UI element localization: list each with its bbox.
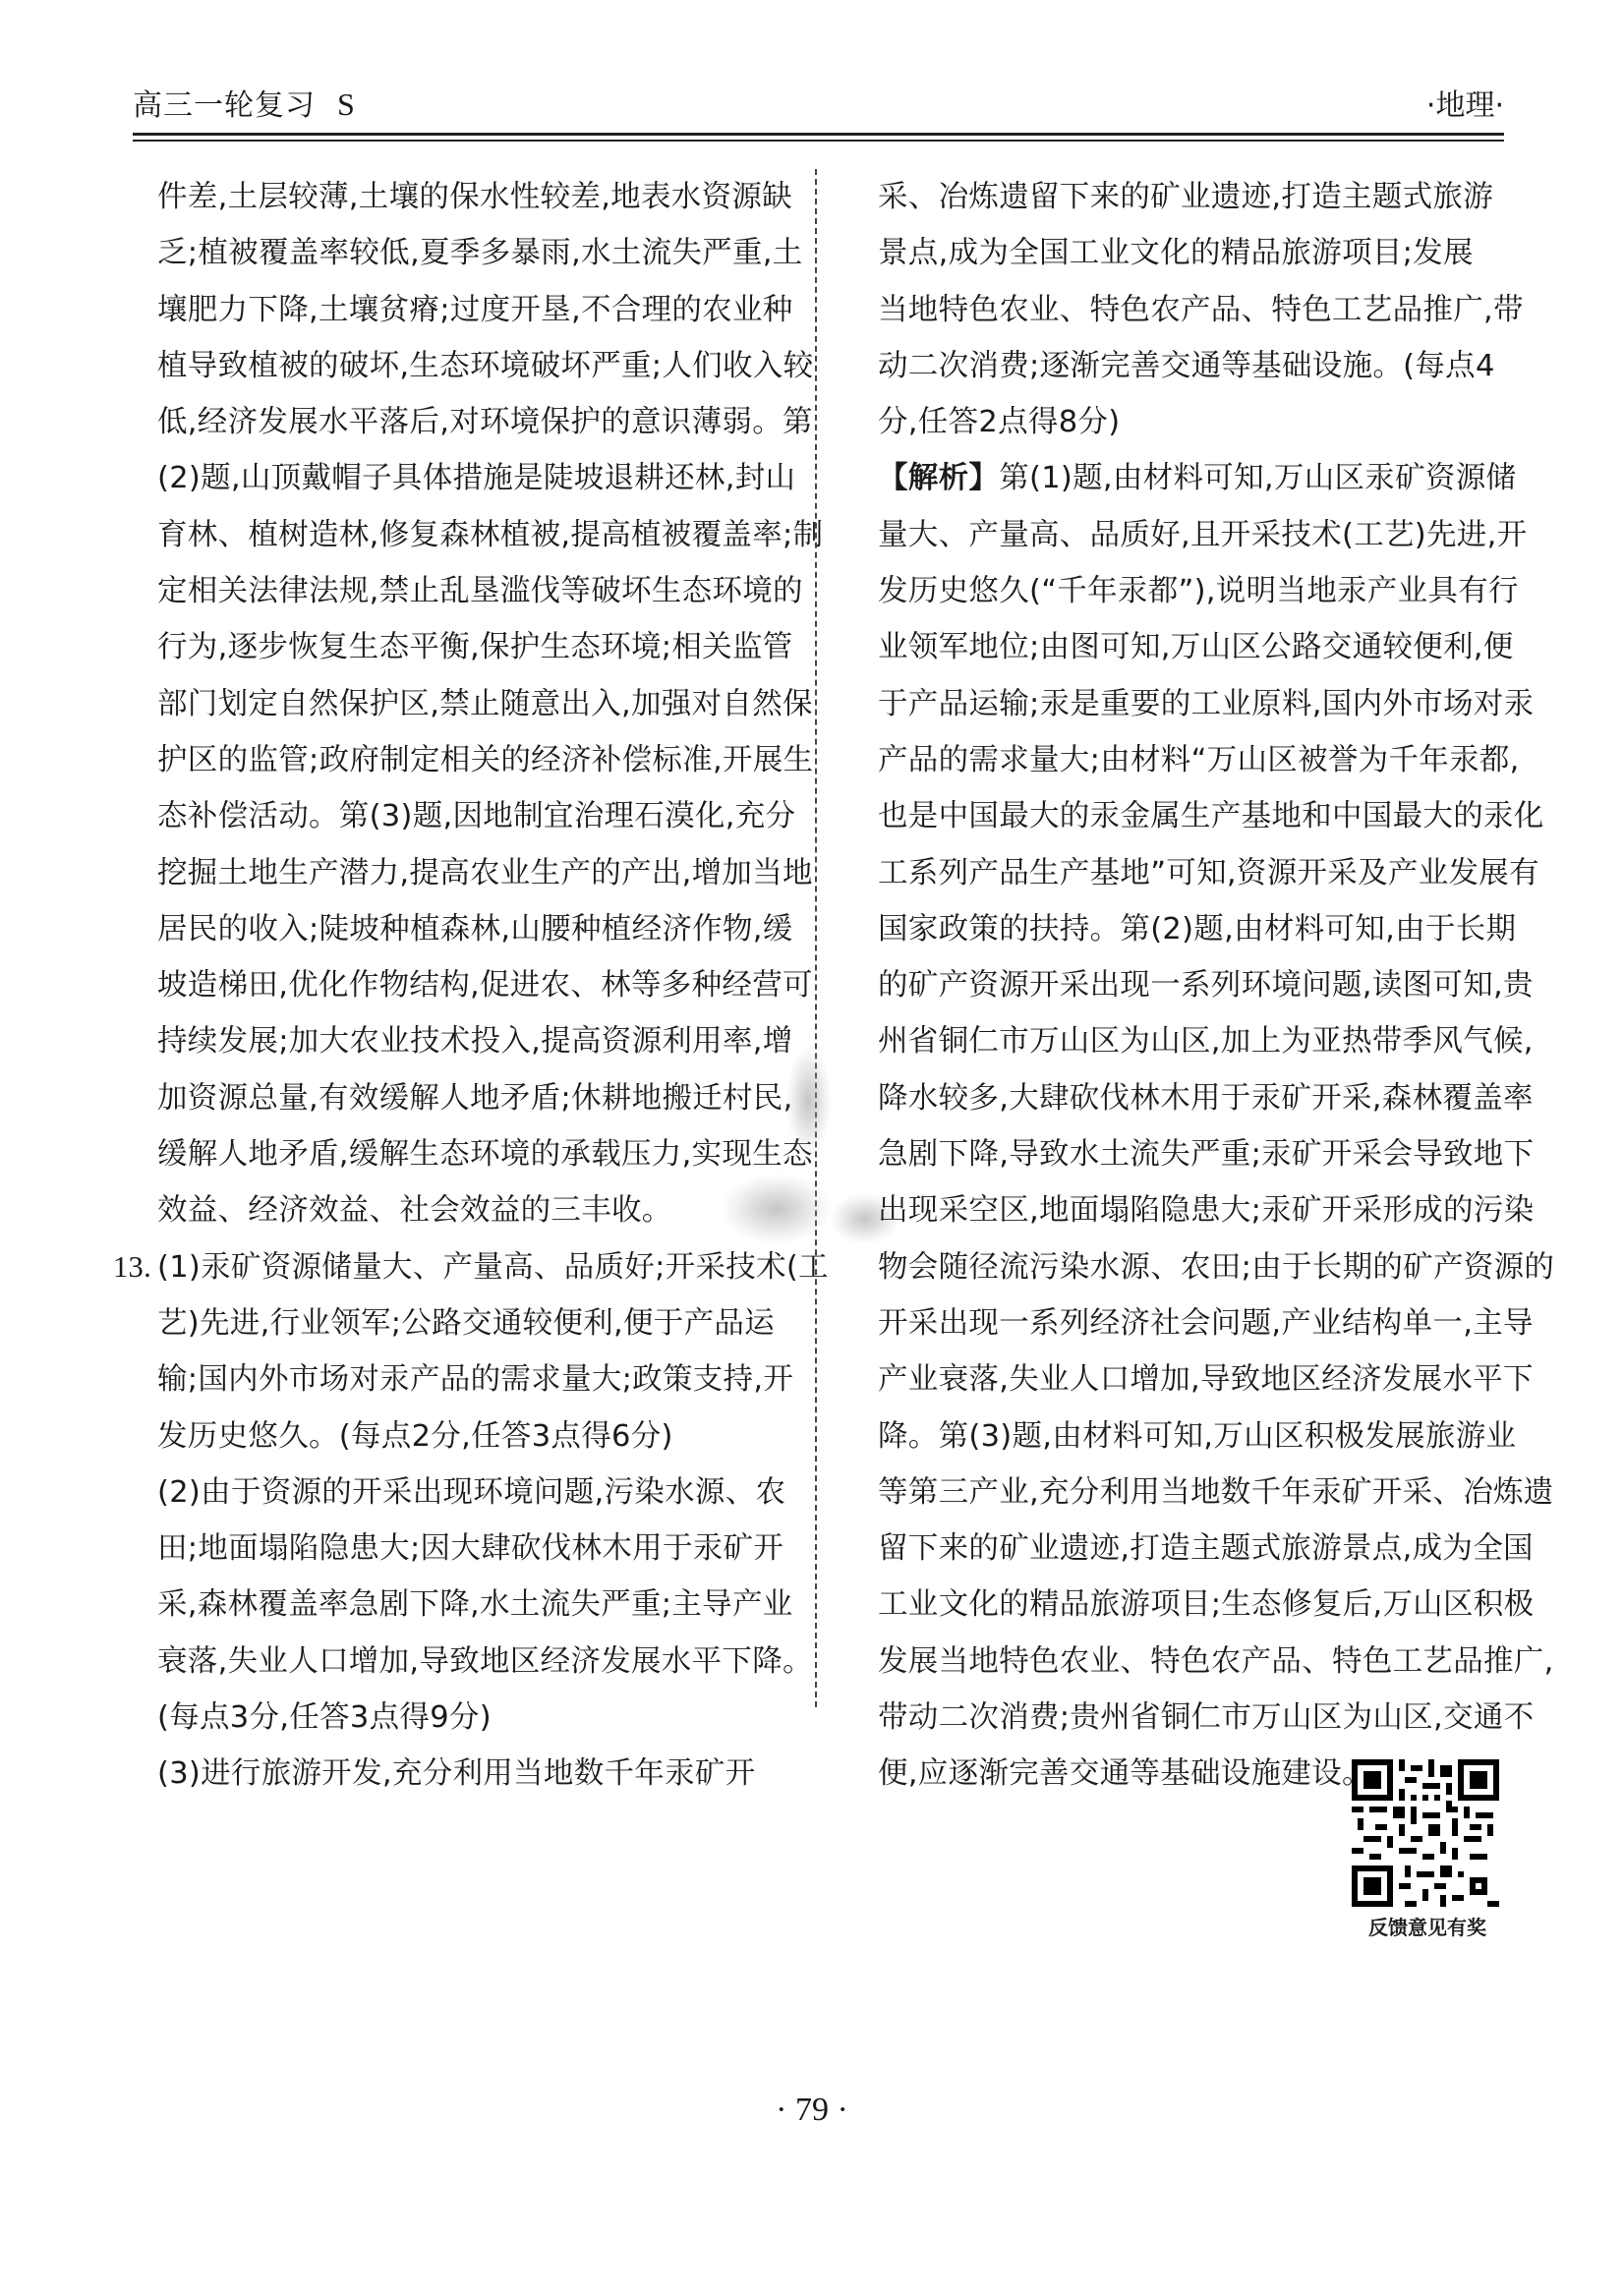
text-line: 出现采空区,地面塌陷隐患大;汞矿开采形成的污染 xyxy=(878,1182,1507,1238)
text-line: 态补偿活动。第(3)题,因地制宜治理石漠化,充分 xyxy=(157,788,786,844)
text-line: 缓解人地矛盾,缓解生态环境的承载压力,实现生态 xyxy=(157,1126,786,1182)
left-column: 件差,土层较薄,土壤的保水性较差,地表水资源缺 乏;植被覆盖率较低,夏季多暴雨,… xyxy=(157,169,786,1803)
text-line: 13.(1)汞矿资源储量大、产量高、品质好;开采技术(工 xyxy=(157,1239,786,1295)
text-line-content: (1)汞矿资源储量大、产量高、品质好;开采技术(工 xyxy=(157,1250,829,1285)
analysis-label: 【解析】 xyxy=(878,461,999,495)
text-line: 的矿产资源开采出现一系列环境问题,读图可知,贵 xyxy=(878,957,1507,1013)
book-title: 高三一轮复习S xyxy=(133,81,356,124)
text-line: 乏;植被覆盖率较低,夏季多暴雨,水土流失严重,土 xyxy=(157,225,786,281)
column-divider xyxy=(815,169,817,1707)
qr-caption: 反馈意见有奖 xyxy=(1349,1912,1506,1940)
text-line: 产品的需求量大;由材料“万山区被誉为千年汞都, xyxy=(878,732,1507,788)
analysis-section: 【解析】第(1)题,由材料可知,万山区汞矿资源储 量大、产量高、品质好,且开采技… xyxy=(878,450,1507,1802)
text-line: 坡造梯田,优化作物结构,促进农、林等多种经营可 xyxy=(157,957,786,1013)
text-line: 开采出现一系列经济社会问题,产业结构单一,主导 xyxy=(878,1295,1507,1351)
text-line: 衰落,失业人口增加,导致地区经济发展水平下降。 xyxy=(157,1634,786,1690)
answer-12-continuation: 件差,土层较薄,土壤的保水性较差,地表水资源缺 乏;植被覆盖率较低,夏季多暴雨,… xyxy=(157,169,786,1239)
text-line: 输;国内外市场对汞产品的需求量大;政策支持,开 xyxy=(157,1351,786,1407)
text-line: 动二次消费;逐渐完善交通等基础设施。(每点4 xyxy=(878,338,1507,394)
text-line: 艺)先进,行业领军;公路交通较便利,便于产品运 xyxy=(157,1295,786,1351)
text-line: 工系列产品生产基地”可知,资源开采及产业发展有 xyxy=(878,845,1507,901)
text-line: 急剧下降,导致水土流失严重;汞矿开采会导致地下 xyxy=(878,1126,1507,1182)
text-line-content: 第(1)题,由材料可知,万山区汞矿资源储 xyxy=(999,461,1516,495)
text-line: 分,任答2点得8分) xyxy=(878,394,1507,450)
text-line: 育林、植树造林,修复森林植被,提高植被覆盖率;制 xyxy=(157,507,786,563)
text-line: 挖掘土地生产潜力,提高农业生产的产出,增加当地 xyxy=(157,845,786,901)
text-line: 等第三产业,充分利用当地数千年汞矿开采、冶炼遗 xyxy=(878,1464,1507,1521)
answer-13-part3-continuation: 采、冶炼遗留下来的矿业遗迹,打造主题式旅游 景点,成为全国工业文化的精品旅游项目… xyxy=(878,169,1507,450)
qr-code-icon[interactable] xyxy=(1352,1759,1499,1907)
text-line: 持续发展;加大农业技术投入,提高资源利用率,增 xyxy=(157,1013,786,1069)
text-line: 于产品运输;汞是重要的工业原料,国内外市场对汞 xyxy=(878,676,1507,732)
scan-stain xyxy=(786,1047,831,1155)
question-number: 13. xyxy=(113,1239,151,1295)
text-line: 降。第(3)题,由材料可知,万山区积极发展旅游业 xyxy=(878,1408,1507,1464)
text-line: 件差,土层较薄,土壤的保水性较差,地表水资源缺 xyxy=(157,169,786,225)
text-line: 植导致植被的破坏,生态环境破坏严重;人们收入较 xyxy=(157,338,786,394)
page-number: · 79 · xyxy=(0,2092,1624,2129)
text-line: 也是中国最大的汞金属生产基地和中国最大的汞化 xyxy=(878,788,1507,844)
text-line: (每点3分,任答3点得9分) xyxy=(157,1690,786,1746)
text-line: 物会随径流污染水源、农田;由于长期的矿产资源的 xyxy=(878,1239,1507,1295)
text-line: 发历史悠久。(每点2分,任答3点得6分) xyxy=(157,1408,786,1464)
text-line: 国家政策的扶持。第(2)题,由材料可知,由于长期 xyxy=(878,901,1507,957)
text-line: 加资源总量,有效缓解人地矛盾;休耕地搬迁村民, xyxy=(157,1070,786,1126)
text-line: 发展当地特色农业、特色农产品、特色工艺品推广, xyxy=(878,1634,1507,1690)
text-line: 壤肥力下降,土壤贫瘠;过度开垦,不合理的农业种 xyxy=(157,282,786,338)
text-line: 降水较多,大肆砍伐林木用于汞矿开采,森林覆盖率 xyxy=(878,1070,1507,1126)
text-line: 行为,逐步恢复生态平衡,保护生态环境;相关监管 xyxy=(157,619,786,675)
text-line: 业领军地位;由图可知,万山区公路交通较便利,便 xyxy=(878,619,1507,675)
text-line: 景点,成为全国工业文化的精品旅游项目;发展 xyxy=(878,225,1507,281)
text-line: 工业文化的精品旅游项目;生态修复后,万山区积极 xyxy=(878,1577,1507,1633)
right-column: 采、冶炼遗留下来的矿业遗迹,打造主题式旅游 景点,成为全国工业文化的精品旅游项目… xyxy=(878,169,1507,1803)
book-title-text: 高三一轮复习 xyxy=(133,88,316,123)
text-line: 采、冶炼遗留下来的矿业遗迹,打造主题式旅游 xyxy=(878,169,1507,225)
text-line: 部门划定自然保护区,禁止随意出入,加强对自然保 xyxy=(157,676,786,732)
text-line: (2)由于资源的开采出现环境问题,污染水源、农 xyxy=(157,1464,786,1521)
text-line: 护区的监管;政府制定相关的经济补偿标准,开展生 xyxy=(157,732,786,788)
text-line: 定相关法律法规,禁止乱垦滥伐等破坏生态环境的 xyxy=(157,563,786,619)
header-rule-top xyxy=(133,133,1504,136)
series-label: S xyxy=(337,86,356,122)
text-line: 田;地面塌陷隐患大;因大肆砍伐林木用于汞矿开 xyxy=(157,1521,786,1577)
text-line: 低,经济发展水平落后,对环境保护的意识薄弱。第 xyxy=(157,394,786,450)
scan-stain xyxy=(723,1175,831,1243)
text-line: 居民的收入;陡坡种植森林,山腰种植经济作物,缓 xyxy=(157,901,786,957)
text-line: 发历史悠久(“千年汞都”),说明当地汞产业具有行 xyxy=(878,563,1507,619)
text-line: 带动二次消费;贵州省铜仁市万山区为山区,交通不 xyxy=(878,1690,1507,1746)
subject-label: ·地理· xyxy=(1426,81,1504,124)
text-line: 当地特色农业、特色农产品、特色工艺品推广,带 xyxy=(878,282,1507,338)
text-line: 效益、经济效益、社会效益的三丰收。 xyxy=(157,1182,786,1238)
text-line: 产业衰落,失业人口增加,导致地区经济发展水平下 xyxy=(878,1351,1507,1407)
answer-13: 13.(1)汞矿资源储量大、产量高、品质好;开采技术(工 艺)先进,行业领军;公… xyxy=(157,1239,786,1803)
header-rule-bottom xyxy=(133,140,1504,142)
text-line: 量大、产量高、品质好,且开采技术(工艺)先进,开 xyxy=(878,507,1507,563)
page-header: 高三一轮复习S ·地理· xyxy=(133,81,1504,130)
text-line: 留下来的矿业遗迹,打造主题式旅游景点,成为全国 xyxy=(878,1521,1507,1577)
text-line: (2)题,山顶戴帽子具体措施是陡坡退耕还林,封山 xyxy=(157,450,786,506)
text-line: 【解析】第(1)题,由材料可知,万山区汞矿资源储 xyxy=(878,450,1507,506)
text-line: 采,森林覆盖率急剧下降,水土流失严重;主导产业 xyxy=(157,1577,786,1633)
text-line: (3)进行旅游开发,充分利用当地数千年汞矿开 xyxy=(157,1746,786,1802)
text-line: 州省铜仁市万山区为山区,加上为亚热带季风气候, xyxy=(878,1013,1507,1069)
